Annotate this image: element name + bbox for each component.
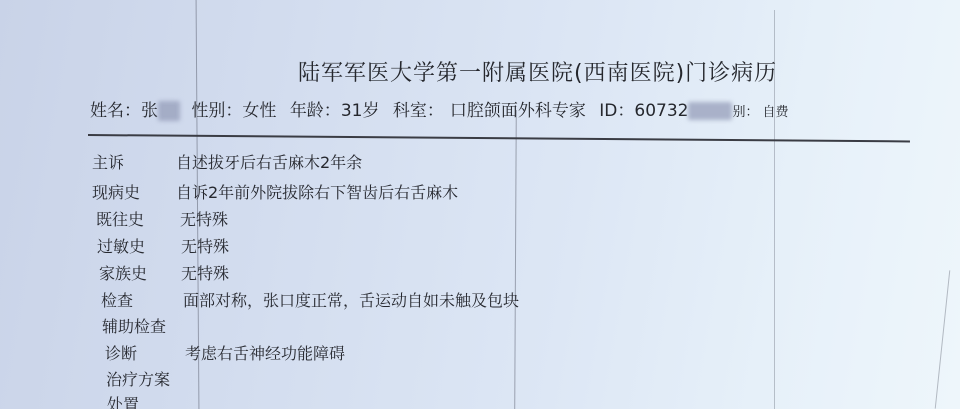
id-label: ID： <box>599 96 634 121</box>
field-auxiliary-examination: 辅助检查 <box>102 314 166 337</box>
field-examination: 检查 面部对称，张口度正常，舌运动自如未触及包块 <box>101 288 133 311</box>
field-diagnosis: 诊断 考虑右舌神经功能障碍 <box>105 341 137 364</box>
field-label: 治疗方案 <box>106 367 170 390</box>
field-label: 处置 <box>107 392 139 409</box>
department-label: 科室： <box>393 96 444 121</box>
category-label: 别： <box>732 101 758 120</box>
field-value: 考虑右舌神经功能障碍 <box>185 341 345 364</box>
redacted-name <box>158 101 180 121</box>
age-label: 年龄： <box>290 96 341 121</box>
field-allergy-history: 过敏史 无特殊 <box>97 234 145 257</box>
category-value: 自费 <box>762 101 788 120</box>
document-title: 陆军军医大学第一附属医院(西南医院)门诊病历 <box>298 56 777 87</box>
age-value: 31岁 <box>341 96 380 121</box>
field-label: 辅助检查 <box>102 314 166 337</box>
field-value: 自述拔牙后右舌麻木2年余 <box>176 150 362 173</box>
field-label: 检查 <box>101 288 133 311</box>
field-disposition: 处置 <box>107 392 139 409</box>
field-value: 自诉2年前外院拔除右下智齿后右舌麻木 <box>176 180 458 203</box>
field-chief-complaint: 主诉 自述拔牙后右舌麻木2年余 <box>92 150 124 173</box>
field-value: 面部对称，张口度正常，舌运动自如未触及包块 <box>183 288 519 311</box>
name-label: 姓名： <box>90 96 141 121</box>
field-label: 现病史 <box>92 180 140 203</box>
field-treatment-plan: 治疗方案 <box>106 367 170 390</box>
field-label: 主诉 <box>92 150 124 173</box>
header-divider <box>88 134 910 142</box>
paper-edge-line <box>935 270 951 408</box>
department-value: 口腔颌面外科专家 <box>450 96 586 121</box>
redacted-id <box>688 102 732 120</box>
field-label: 诊断 <box>105 341 137 364</box>
patient-info-row: 姓名：张 性别：女性 年龄：31岁 科室：口腔颌面外科专家 ID：60732别：… <box>90 96 789 121</box>
gender-value: 女性 <box>242 96 276 121</box>
name-value: 张 <box>141 96 158 121</box>
field-value: 无特殊 <box>180 207 228 230</box>
field-value: 无特殊 <box>181 261 229 284</box>
field-present-illness: 现病史 自诉2年前外院拔除右下智齿后右舌麻木 <box>92 180 140 203</box>
field-label: 过敏史 <box>97 234 145 257</box>
gender-label: 性别： <box>191 96 242 121</box>
field-past-history: 既往史 无特殊 <box>96 207 144 230</box>
field-label: 既往史 <box>96 207 144 230</box>
id-value: 60732 <box>634 101 688 121</box>
paper-fold-line <box>514 110 517 409</box>
field-family-history: 家族史 无特殊 <box>99 261 147 284</box>
field-value: 无特殊 <box>181 234 229 257</box>
field-label: 家族史 <box>99 261 147 284</box>
